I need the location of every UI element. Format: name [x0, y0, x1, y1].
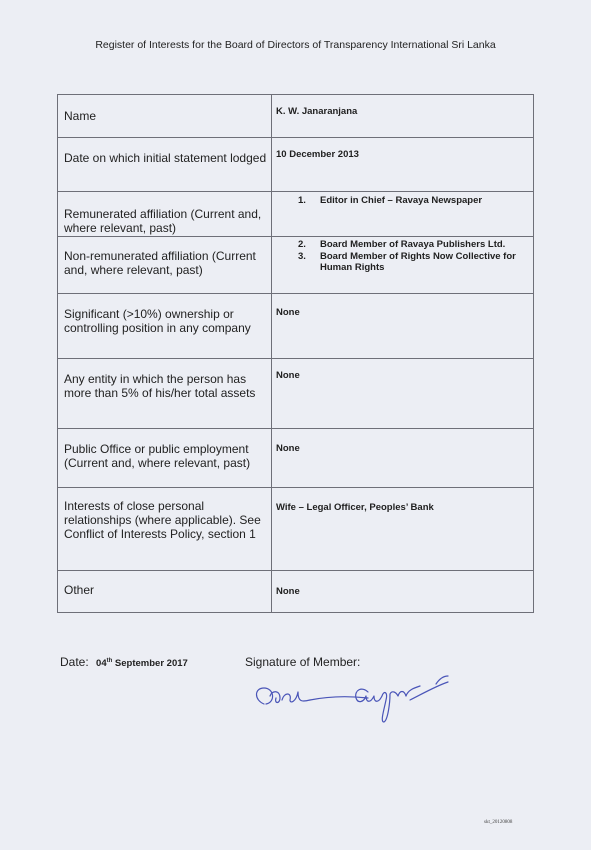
row-label-remunerated: Remunerated affiliation (Current and, wh…	[58, 192, 272, 237]
table-row: Public Office or public employment (Curr…	[58, 429, 534, 488]
list-item-text: Board Member of Rights Now Collective fo…	[320, 251, 533, 274]
row-value-public-office: None	[272, 429, 534, 488]
row-value-ownership: None	[272, 294, 534, 359]
table-row: Remunerated affiliation (Current and, wh…	[58, 192, 534, 237]
date-day: 04	[96, 658, 107, 669]
row-value-other: None	[272, 571, 534, 613]
row-value-date-lodged: 10 December 2013	[272, 138, 534, 192]
table-row: Name K. W. Janaranjana	[58, 95, 534, 138]
list-item: 1. Editor in Chief – Ravaya Newspaper	[276, 195, 533, 207]
table-row: Interests of close personal relationship…	[58, 488, 534, 571]
row-value-close-relationships: Wife – Legal Officer, Peoples’ Bank	[272, 488, 534, 571]
remunerated-list: 1. Editor in Chief – Ravaya Newspaper	[276, 195, 533, 207]
document-title: Register of Interests for the Board of D…	[0, 39, 591, 51]
handwritten-signature-icon	[250, 662, 460, 732]
row-value-entity-assets: None	[272, 359, 534, 429]
non-remunerated-list: 2. Board Member of Ravaya Publishers Ltd…	[276, 239, 533, 274]
table-row: Date on which initial statement lodged 1…	[58, 138, 534, 192]
list-item-text: Editor in Chief – Ravaya Newspaper	[320, 195, 533, 207]
list-item-number: 3.	[276, 251, 320, 274]
row-label-other: Other	[58, 571, 272, 613]
row-value-name: K. W. Janaranjana	[272, 95, 534, 138]
list-item-text: Board Member of Ravaya Publishers Ltd.	[320, 239, 533, 251]
row-label-non-remunerated: Non-remunerated affiliation (Current and…	[58, 237, 272, 294]
register-of-interests-table: Name K. W. Janaranjana Date on which ini…	[57, 94, 534, 613]
row-value-remunerated: 1. Editor in Chief – Ravaya Newspaper	[272, 192, 534, 237]
date-suffix: th	[107, 658, 113, 664]
date-month-year: September 2017	[115, 658, 188, 669]
list-item-number: 1.	[276, 195, 320, 207]
row-label-date-lodged: Date on which initial statement lodged	[58, 138, 272, 192]
table-row: Non-remunerated affiliation (Current and…	[58, 237, 534, 294]
row-label-public-office: Public Office or public employment (Curr…	[58, 429, 272, 488]
table-row: Other None	[58, 571, 534, 613]
row-label-ownership: Significant (>10%) ownership or controll…	[58, 294, 272, 359]
list-item: 2. Board Member of Ravaya Publishers Ltd…	[276, 239, 533, 251]
list-item: 3. Board Member of Rights Now Collective…	[276, 251, 533, 274]
row-label-name: Name	[58, 95, 272, 138]
list-item-number: 2.	[276, 239, 320, 251]
document-reference: skt_20120808	[484, 820, 512, 825]
row-label-entity-assets: Any entity in which the person has more …	[58, 359, 272, 429]
table-row: Any entity in which the person has more …	[58, 359, 534, 429]
row-label-close-relationships: Interests of close personal relationship…	[58, 488, 272, 571]
date-value: 04th September 2017	[96, 658, 188, 669]
signing-date: Date: 04th September 2017	[60, 655, 188, 669]
table-row: Significant (>10%) ownership or controll…	[58, 294, 534, 359]
row-value-non-remunerated: 2. Board Member of Ravaya Publishers Ltd…	[272, 237, 534, 294]
date-label: Date:	[60, 655, 89, 669]
